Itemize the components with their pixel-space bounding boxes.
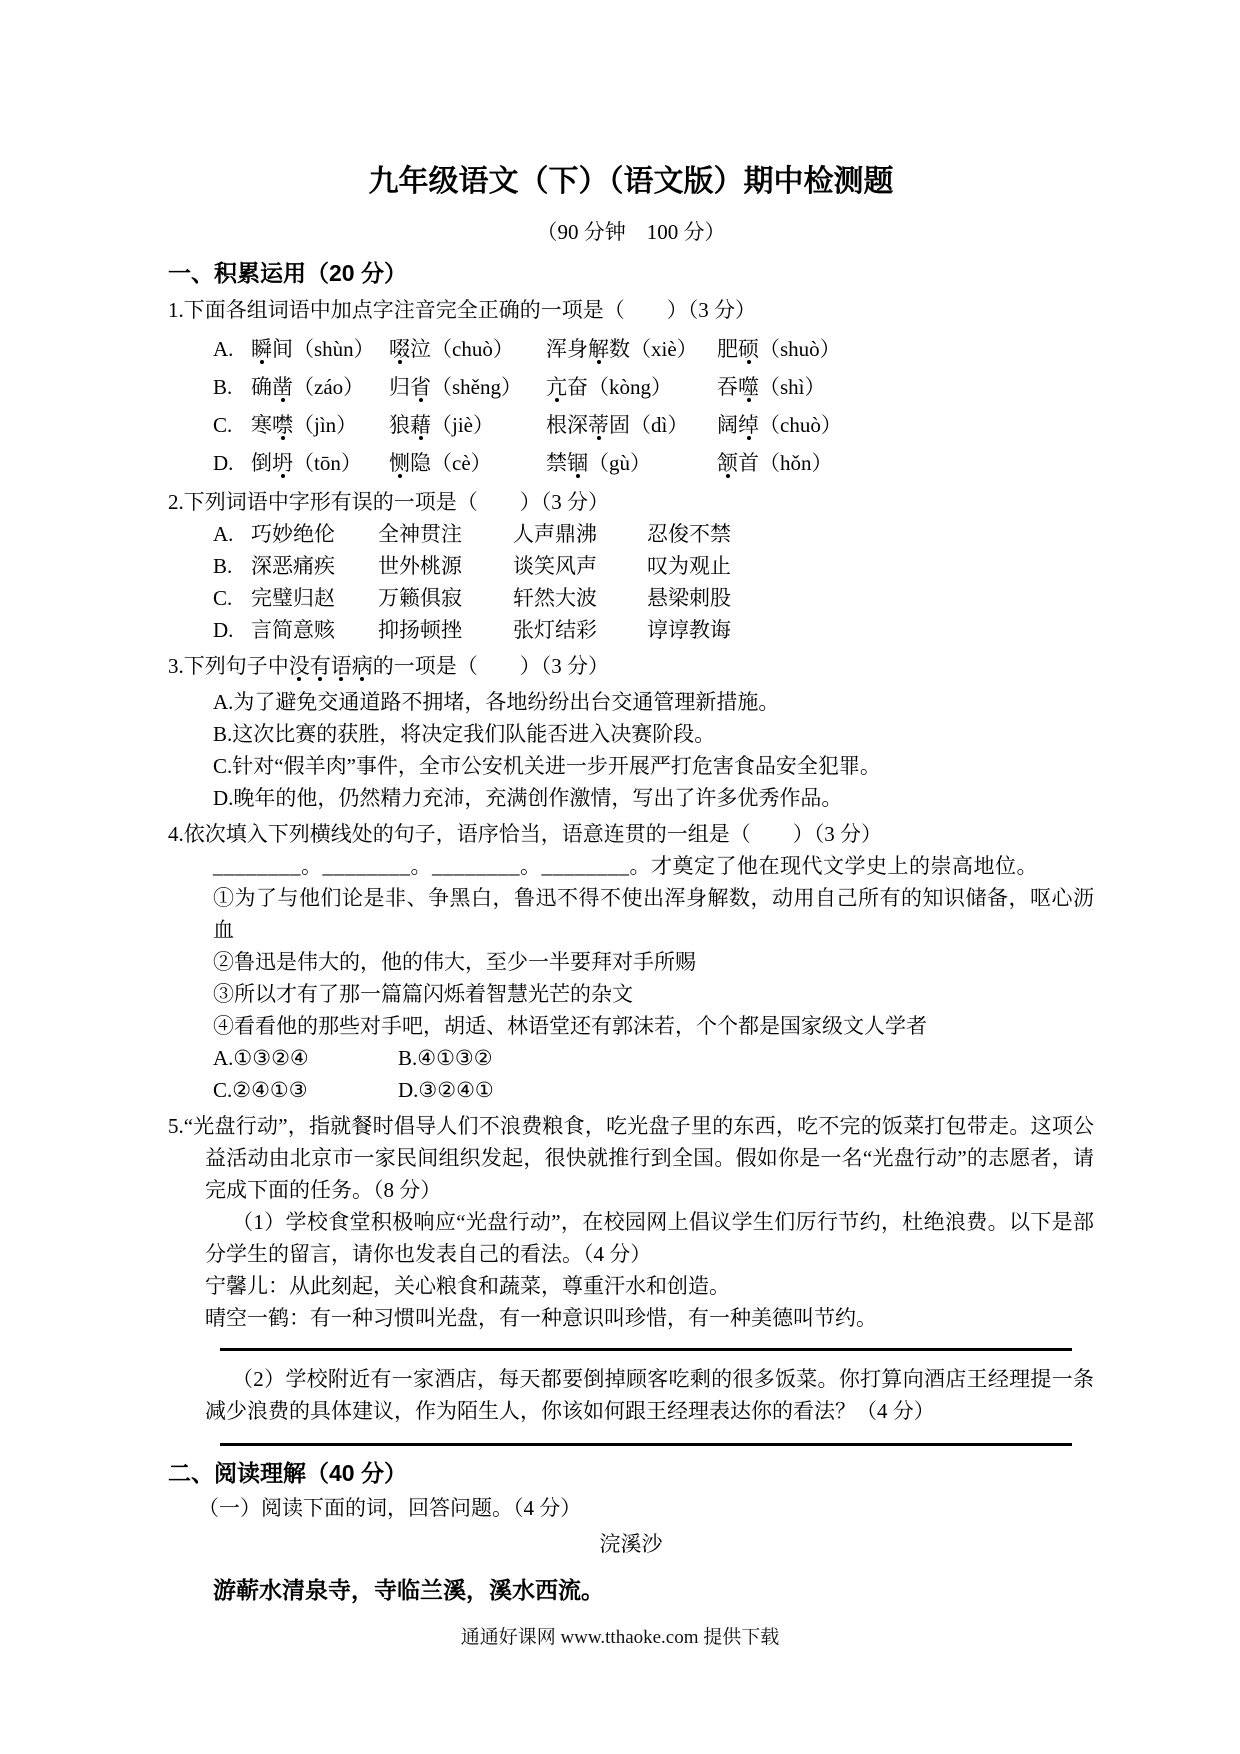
q1-option-row-d: D. 倒坍（tōn） 恻隐（cè） 禁锢（gù） 颔首（hǒn） [213,444,1094,482]
pinyin-word-item: 吞噬（shì） [717,368,1094,406]
exam-content-column: 九年级语文（下）（语文版）期中检测题 （90 分钟 100 分） 一、积累运用（… [168,160,1094,1608]
emphasis-dot-char: 有 [310,654,331,678]
emphasis-dot-char: 蒂 [588,413,609,437]
pinyin-word-item: 倒坍（tōn） [251,444,389,482]
q5-stem: 5.“光盘行动”，指就餐时倡导人们不浪费粮食，吃光盘子里的东西，吃不完的饭菜打包… [168,1110,1094,1206]
idiom-item: 全神贯注 [378,518,513,550]
idiom-item: 忍俊不禁 [647,518,1094,550]
q1-options: A. 瞬间（shùn） 啜泣（chuò） 浑身解数（xiè） 肥硕（shuò） … [213,330,1094,482]
q3-option-c: C.针对“假羊肉”事件，全市公安机关进一步开展严打危害食品安全犯罪。 [213,750,1094,782]
emphasis-dot-char: 病 [352,654,373,678]
pinyin-word-item: 瞬间（shùn） [251,330,389,368]
pinyin-word-item: 归省（shěng） [389,368,546,406]
pinyin-word-item: 寒噤（jìn） [251,406,389,444]
option-label: A. [213,330,251,368]
pinyin-word-item: 阔绰（chuò） [717,406,1094,444]
emphasis-dot-char: 颔 [717,451,738,475]
idiom-item: 张灯结彩 [513,614,647,646]
option-label: B. [213,550,251,582]
q2-option-row-d: D. 言简意赅 抑扬顿挫 张灯结彩 谆谆教诲 [213,614,1094,646]
emphasis-dot-char: 啜 [389,337,410,361]
section1-heading: 一、积累运用（20 分） [168,256,1094,290]
q3-option-b: B.这次比赛的获胜，将决定我们队能否进入决赛阶段。 [213,718,1094,750]
idiom-item: 轩然大波 [513,582,647,614]
q4-choice-d: D.③②④① [398,1074,1094,1106]
q1-option-row-a: A. 瞬间（shùn） 啜泣（chuò） 浑身解数（xiè） 肥硕（shuò） [213,330,1094,368]
emphasis-dot-char: 噬 [738,375,759,399]
option-label: D. [213,614,251,646]
emphasis-dot-char: 没 [289,654,310,678]
emphasis-dot-char: 恻 [389,451,410,475]
idiom-item: 言简意赅 [251,614,378,646]
idiom-item: 谈笑风声 [513,550,647,582]
q3-option-d: D.晚年的他，仍然精力充沛，充满创作激情，写出了许多优秀作品。 [213,782,1094,814]
q4-blanks-line: ________。________。________。________。才奠定了… [213,850,1094,882]
section2-heading: 二、阅读理解（40 分） [168,1456,1094,1490]
emphasis-dot-char: 亢 [546,375,567,399]
q4-choice-c: C.②④①③ [213,1074,398,1106]
pinyin-word-item: 根深蒂固（dì） [546,406,717,444]
pinyin-word-item: 肥硕（shuò） [717,330,1094,368]
idiom-item: 完璧归赵 [251,582,378,614]
emphasis-dot-char: 噤 [272,413,293,437]
pinyin-word-item: 禁锢（gù） [546,444,717,482]
q4-choice-row-2: C.②④①③ D.③②④① [213,1074,1094,1106]
emphasis-dot-char: 藉 [410,413,431,437]
pinyin-word-item: 颔首（hǒn） [717,444,1094,482]
emphasis-dot-char: 凿 [272,375,293,399]
idiom-item: 人声鼎沸 [513,518,647,550]
q5-task2: （2）学校附近有一家酒店，每天都要倒掉顾客吃剩的很多饭菜。你打算向酒店王经理提一… [168,1363,1094,1427]
q2-option-row-a: A. 巧妙绝伦 全神贯注 人声鼎沸 忍俊不禁 [213,518,1094,550]
idiom-item: 深恶痛疾 [251,550,378,582]
q5-task1: （1）学校食堂积极响应“光盘行动”，在校园网上倡议学生们厉行节约，杜绝浪费。以下… [168,1206,1094,1270]
exam-duration-score: （90 分钟 100 分） [168,216,1094,248]
q1-option-row-b: B. 确凿（záo） 归省（shěng） 亢奋（kòng） 吞噬（shì） [213,368,1094,406]
q4-sentence-4: ④看看他的那些对手吧，胡适、林语堂还有郭沫若，个个都是国家级文人学者 [213,1010,1094,1042]
idiom-item: 谆谆教诲 [647,614,1094,646]
emphasis-dot-char: 坍 [272,451,293,475]
exam-title: 九年级语文（下）（语文版）期中检测题 [168,160,1094,204]
option-label: C. [213,406,251,444]
q2-options: A. 巧妙绝伦 全神贯注 人声鼎沸 忍俊不禁 B. 深恶痛疾 世外桃源 谈笑风声… [213,518,1094,646]
pinyin-word-item: 浑身解数（xiè） [546,330,717,368]
emphasis-dot-char: 解 [588,337,609,361]
option-label: C. [213,582,251,614]
option-label: B. [213,368,251,406]
poem-preface: 游蕲水清泉寺，寺临兰溪，溪水西流。 [213,1574,1094,1608]
idiom-item: 巧妙绝伦 [251,518,378,550]
q1-stem: 1.下面各组词语中加点字注音完全正确的一项是（ ）（3 分） [168,294,1094,326]
q2-option-row-c: C. 完璧归赵 万籁俱寂 轩然大波 悬梁刺股 [213,582,1094,614]
answer-blank-line [220,1348,1072,1351]
idiom-item: 世外桃源 [378,550,513,582]
answer-blank-line [220,1443,1072,1446]
q5-comment-2: 晴空一鹤：有一种习惯叫光盘，有一种意识叫珍惜，有一种美德叫节约。 [205,1302,1094,1334]
section2-part1-intro: （一）阅读下面的词，回答问题。（4 分） [198,1492,1094,1524]
idiom-item: 抑扬顿挫 [378,614,513,646]
q4-choice-row-1: A.①③②④ B.④①③② [213,1042,1094,1074]
q4-sentence-3: ③所以才有了那一篇篇闪烁着智慧光芒的杂文 [213,978,1094,1010]
emphasis-dot-char: 硕 [738,337,759,361]
pinyin-word-item: 恻隐（cè） [389,444,546,482]
q4-sentence-1: ①为了与他们论是非、争黑白，鲁迅不得不使出浑身解数，动用自己所有的知识储备，呕心… [213,882,1094,946]
q4-choice-a: A.①③②④ [213,1042,398,1074]
idiom-item: 叹为观止 [647,550,1094,582]
emphasis-dot-char: 瞬 [251,337,272,361]
exam-paper-page: 九年级语文（下）（语文版）期中检测题 （90 分钟 100 分） 一、积累运用（… [0,0,1240,1754]
poem-title: 浣溪沙 [168,1528,1094,1560]
emphasis-dot-char: 语 [331,654,352,678]
q1-option-row-c: C. 寒噤（jìn） 狼藉（jiè） 根深蒂固（dì） 阔绰（chuò） [213,406,1094,444]
option-label: D. [213,444,251,482]
q4-choice-b: B.④①③② [398,1042,1094,1074]
pinyin-word-item: 啜泣（chuò） [389,330,546,368]
pinyin-word-item: 狼藉（jiè） [389,406,546,444]
q4-sentence-2: ②鲁迅是伟大的，他的伟大，至少一半要拜对手所赐 [213,946,1094,978]
q3-stem: 3.下列句子中没有语病的一项是（ ）（3 分） [168,650,1094,682]
pinyin-word-item: 确凿（záo） [251,368,389,406]
emphasis-dot-char: 绰 [738,413,759,437]
q4-stem: 4.依次填入下列横线处的句子，语序恰当，语意连贯的一组是（ ）（3 分） [168,818,1094,850]
idiom-item: 万籁俱寂 [378,582,513,614]
q2-option-row-b: B. 深恶痛疾 世外桃源 谈笑风声 叹为观止 [213,550,1094,582]
pinyin-word-item: 亢奋（kòng） [546,368,717,406]
q3-option-a: A.为了避免交通道路不拥堵，各地纷纷出台交通管理新措施。 [213,686,1094,718]
emphasis-dot-char: 省 [410,375,431,399]
idiom-item: 悬梁刺股 [647,582,1094,614]
emphasis-dot-char: 锢 [567,451,588,475]
q2-stem: 2.下列词语中字形有误的一项是（ ）（3 分） [168,486,1094,518]
site-footer: 通通好课网 www.tthaoke.com 提供下载 [0,1624,1240,1652]
q5-comment-1: 宁馨儿：从此刻起，关心粮食和蔬菜，尊重汗水和创造。 [205,1270,1094,1302]
option-label: A. [213,518,251,550]
